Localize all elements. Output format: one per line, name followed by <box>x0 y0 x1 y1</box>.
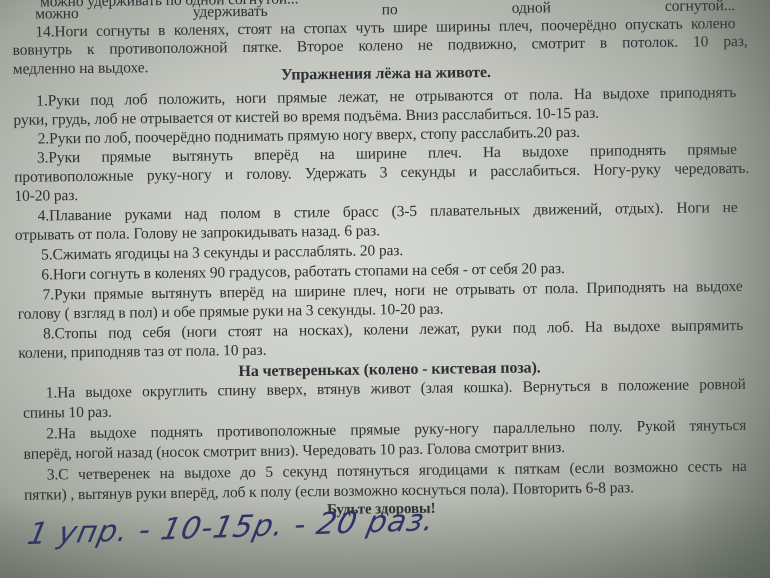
exercise-line: 10-20 раз. <box>14 187 78 206</box>
exercise-line: колени, приподняв таз от пола. 10 раз. <box>18 342 266 363</box>
exercise-line: спины 10 раз. <box>23 404 112 423</box>
exercise-line: 2.На выдохе поднять противоположные прям… <box>11 417 746 444</box>
document-page: можно удерживать по одной согнутой... мо… <box>0 0 770 578</box>
exercise-line: 5.Сжимать ягодицы на 3 секунды и расслаб… <box>41 242 403 264</box>
exercise-line: голову ( взгляд в пол) и обе прямые руки… <box>18 301 444 324</box>
exercise-line: отрывать от пола. Голову не запрокидыват… <box>15 222 380 244</box>
exercise-line: вперёд, ногой назад (носок смотрит вниз)… <box>23 439 565 464</box>
